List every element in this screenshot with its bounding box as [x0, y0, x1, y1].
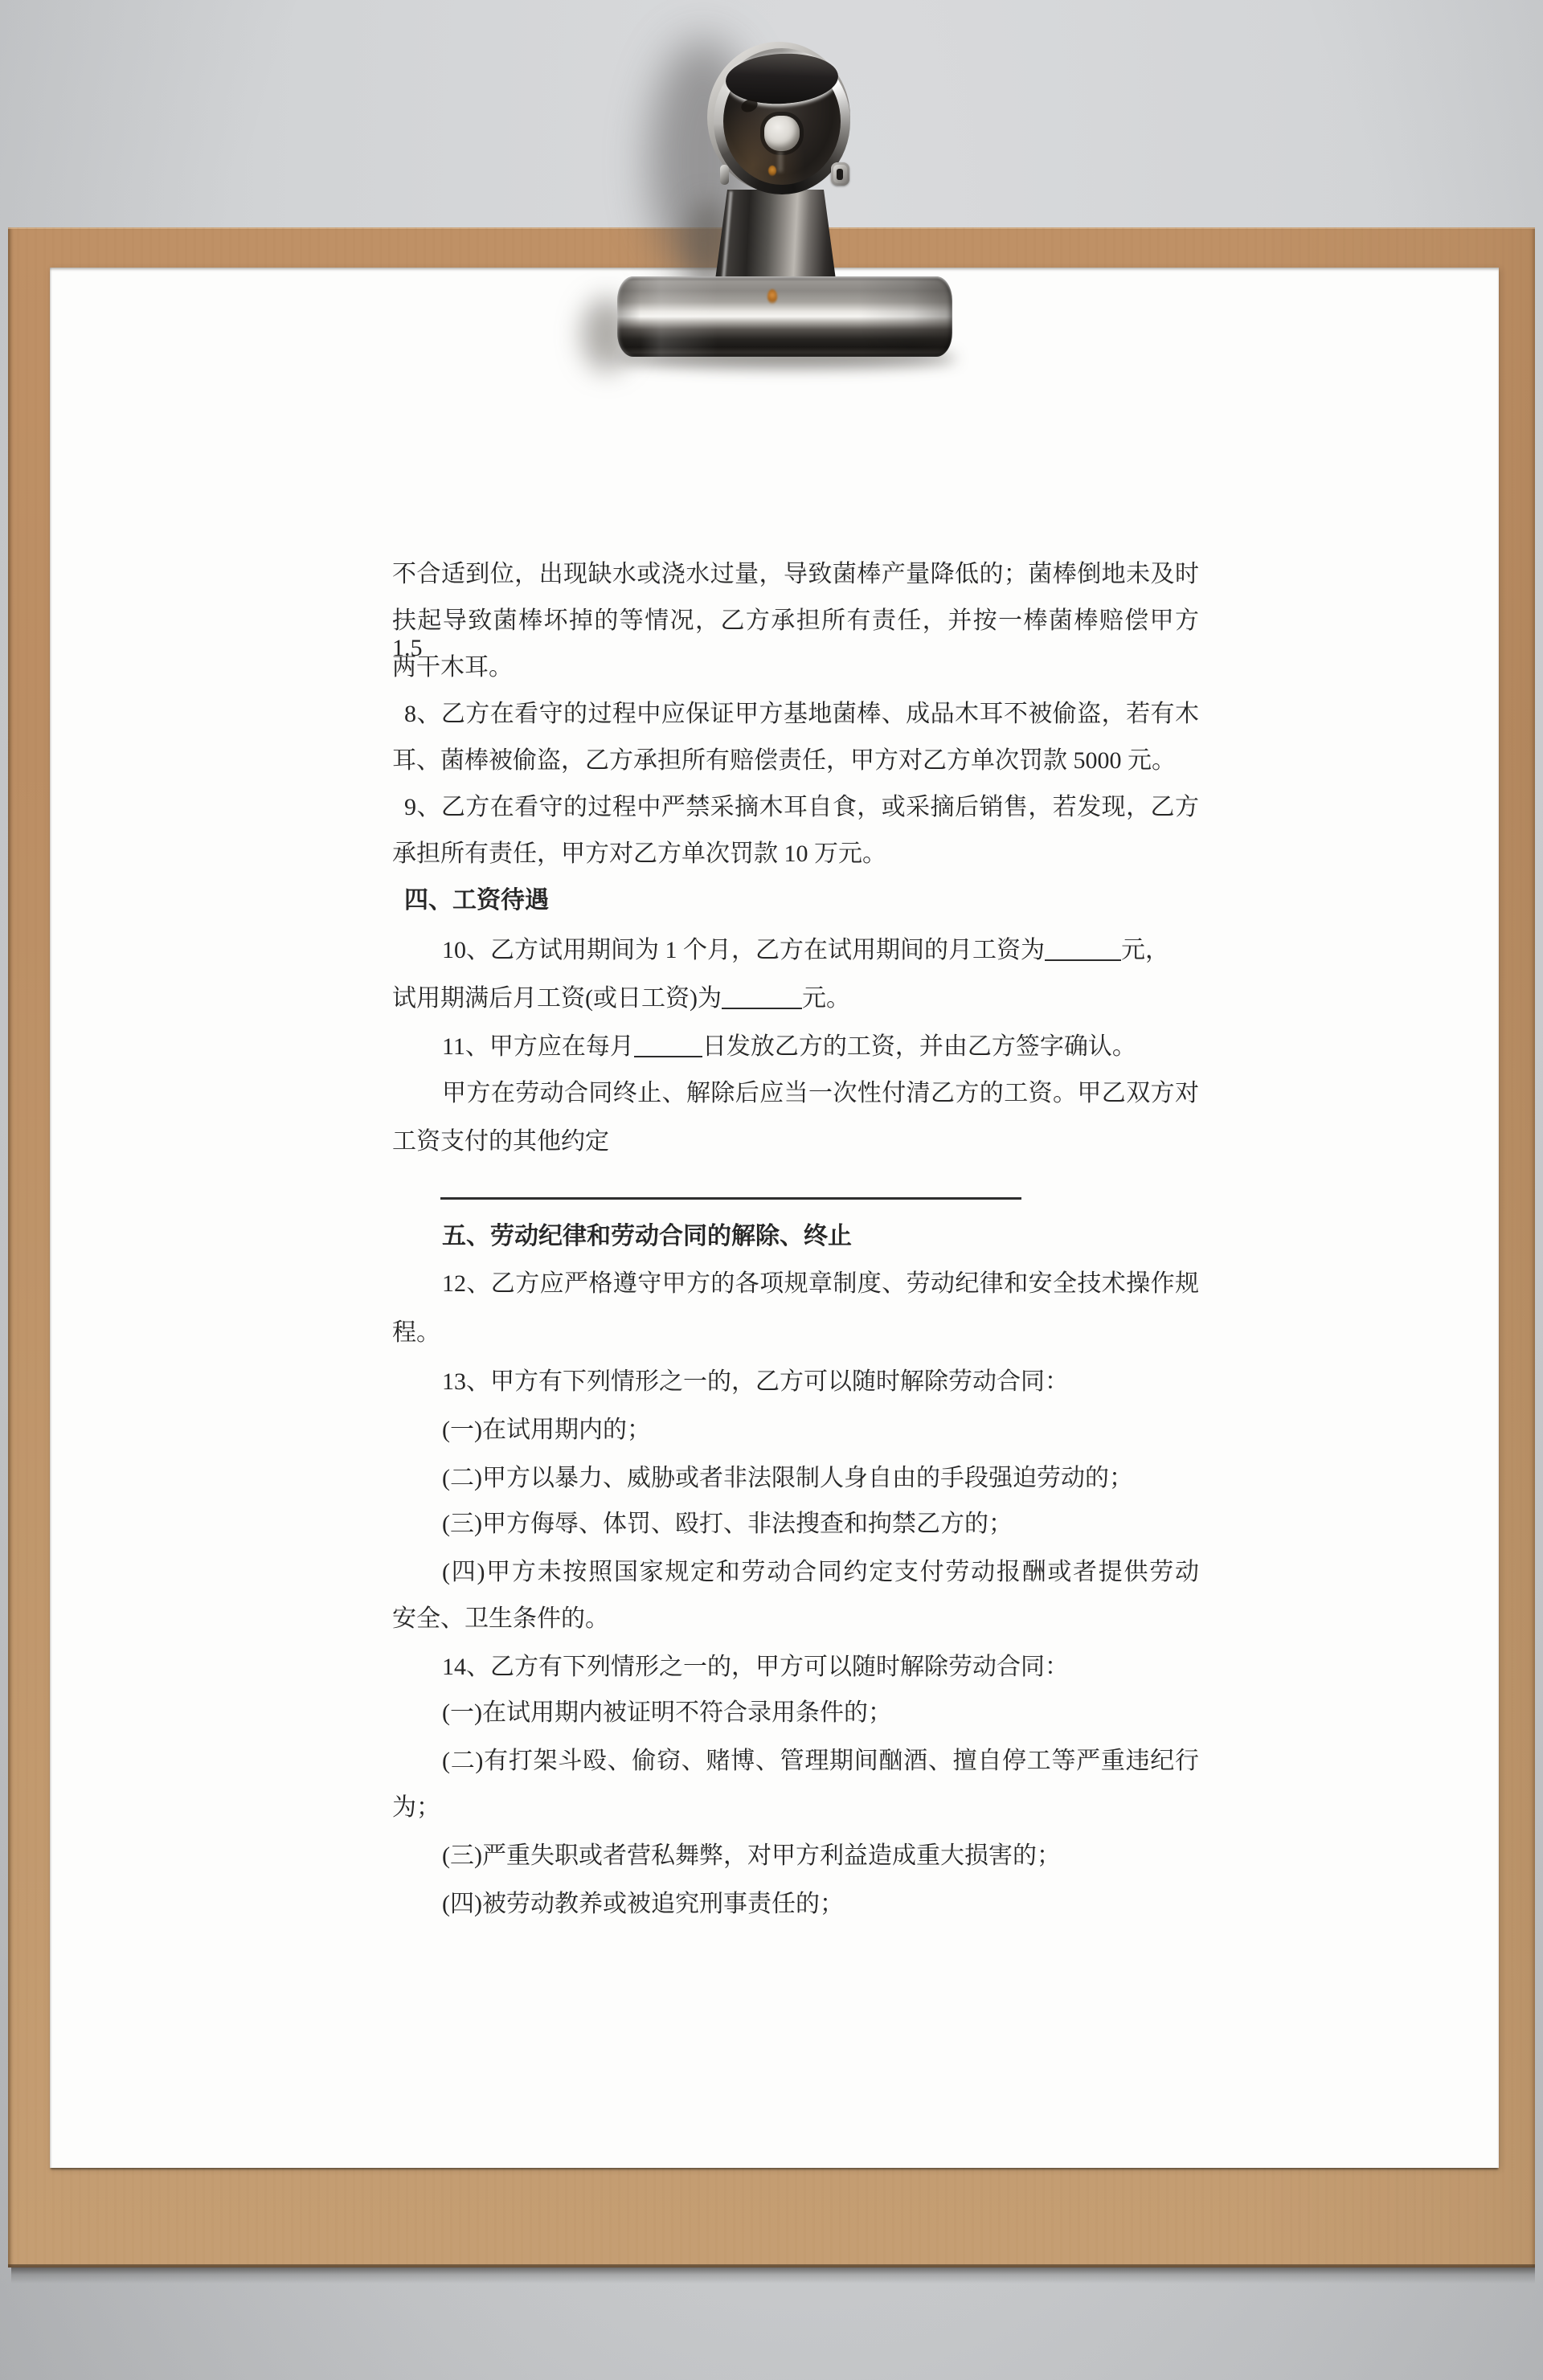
- text-segment: 五、劳动纪律和劳动合同的解除、终止: [442, 1223, 852, 1249]
- text-segment: 甲方在劳动合同终止、解除后应当一次性付清乙方的工资。甲乙双方对: [442, 1080, 1199, 1106]
- text-line: 试用期满后月工资(或日工资)为元。: [392, 983, 850, 1012]
- text-segment: 元，: [1121, 937, 1169, 963]
- text-segment: 试用期满后月工资(或日工资)为: [392, 985, 722, 1012]
- text-line: 四、工资待遇: [404, 887, 549, 914]
- text-segment: 不合适到位，出现缺水或浇水过量，导致菌棒产量降低的；菌棒倒地未及时: [392, 561, 1199, 587]
- text-line: 甲方在劳动合同终止、解除后应当一次性付清乙方的工资。甲乙双方对: [442, 1080, 1199, 1107]
- text-segment: (四)被劳动教养或被追究刑事责任的；: [442, 1891, 844, 1917]
- blank-fill-in-rule: [440, 1197, 1021, 1200]
- clip-jaw-reflection: [767, 289, 777, 304]
- text-segment: 承担所有责任，甲方对乙方单次罚款 10 万元。: [392, 840, 886, 867]
- text-segment: 工资支付的其他约定: [392, 1128, 609, 1155]
- text-segment: 两干木耳。: [392, 654, 513, 681]
- clip-lever-tab-right-hole: [837, 169, 843, 180]
- blank-fill-in-field: [722, 983, 802, 1009]
- text-line: 13、甲方有下列情形之一的，乙方可以随时解除劳动合同：: [442, 1368, 1069, 1396]
- text-segment: 耳、菌棒被偷盗，乙方承担所有赔偿责任，甲方对乙方单次罚款 5000 元。: [392, 747, 1176, 774]
- photo-stage: 不合适到位，出现缺水或浇水过量，导致菌棒产量降低的；菌棒倒地未及时扶起导致菌棒坏…: [0, 0, 1543, 2380]
- text-segment: 程。: [392, 1319, 440, 1346]
- text-line: 五、劳动纪律和劳动合同的解除、终止: [442, 1223, 852, 1250]
- blank-fill-in-field: [634, 1032, 702, 1057]
- clip-disc-streak: [778, 151, 783, 172]
- text-segment: 扶起导致菌棒坏掉的等情况，乙方承担所有责任，并按一棒菌棒赔偿甲方 1.5: [392, 607, 1199, 661]
- text-line: 工资支付的其他约定: [392, 1128, 609, 1155]
- text-line: (四)被劳动教养或被追究刑事责任的；: [442, 1891, 844, 1918]
- text-line: 为；: [392, 1794, 440, 1822]
- text-line: 10、乙方试用期间为 1 个月，乙方在试用期间的月工资为元，: [442, 935, 1169, 964]
- text-segment: 9、乙方在看守的过程中严禁采摘木耳自食，或采摘后销售，若发现，乙方: [404, 794, 1199, 820]
- text-line: 8、乙方在看守的过程中应保证甲方基地菌棒、成品木耳不被偷盗，若有木: [404, 701, 1199, 728]
- text-line: (一)在试用期内被证明不符合录用条件的；: [442, 1699, 892, 1727]
- clip-disc-warm-glint: [768, 166, 776, 176]
- text-segment: 元。: [802, 985, 850, 1012]
- text-segment: 四、工资待遇: [404, 887, 549, 914]
- clip-center-hole: [764, 116, 800, 151]
- text-segment: (二)甲方以暴力、威胁或者非法限制人身自由的手段强迫劳动的；: [442, 1465, 1133, 1491]
- text-line: 承担所有责任，甲方对乙方单次罚款 10 万元。: [392, 840, 886, 868]
- text-segment: 10、乙方试用期间为 1 个月，乙方在试用期间的月工资为: [442, 937, 1045, 963]
- text-segment: (三)严重失职或者营私舞弊，对甲方利益造成重大损害的；: [442, 1842, 1061, 1869]
- text-line: 扶起导致菌棒坏掉的等情况，乙方承担所有责任，并按一棒菌棒赔偿甲方 1.5: [392, 607, 1199, 662]
- clip-jaw: [617, 276, 952, 357]
- clip-lever-tab-left: [720, 165, 729, 185]
- text-segment: 日发放乙方的工资，并由乙方签字确认。: [702, 1033, 1136, 1060]
- text-line: 11、甲方应在每月日发放乙方的工资，并由乙方签字确认。: [442, 1032, 1136, 1061]
- text-line: 耳、菌棒被偷盗，乙方承担所有赔偿责任，甲方对乙方单次罚款 5000 元。: [392, 747, 1176, 775]
- text-segment: 12、乙方应严格遵守甲方的各项规章制度、劳动纪律和安全技术操作规: [442, 1270, 1199, 1297]
- text-line: 安全、卫生条件的。: [392, 1605, 609, 1633]
- blank-fill-in-field: [1045, 935, 1121, 961]
- text-segment: 安全、卫生条件的。: [392, 1605, 609, 1632]
- text-line: (二)甲方以暴力、威胁或者非法限制人身自由的手段强迫劳动的；: [442, 1465, 1133, 1492]
- text-line: 12、乙方应严格遵守甲方的各项规章制度、劳动纪律和安全技术操作规: [442, 1270, 1199, 1298]
- text-line: 9、乙方在看守的过程中严禁采摘木耳自食，或采摘后销售，若发现，乙方: [404, 794, 1199, 821]
- text-line: 两干木耳。: [392, 654, 513, 681]
- text-segment: 14、乙方有下列情形之一的，甲方可以随时解除劳动合同：: [442, 1654, 1069, 1680]
- text-segment: (一)在试用期内被证明不符合录用条件的；: [442, 1699, 892, 1726]
- clip-neck: [715, 190, 836, 280]
- text-line: 14、乙方有下列情形之一的，甲方可以随时解除劳动合同：: [442, 1654, 1069, 1681]
- text-segment: 8、乙方在看守的过程中应保证甲方基地菌棒、成品木耳不被偷盗，若有木: [404, 701, 1199, 727]
- text-line: (二)有打架斗殴、偷窃、赌博、管理期间酗酒、擅自停工等严重违纪行: [442, 1748, 1199, 1775]
- text-line: 不合适到位，出现缺水或浇水过量，导致菌棒产量降低的；菌棒倒地未及时: [392, 561, 1199, 588]
- text-segment: (一)在试用期内的；: [442, 1417, 651, 1443]
- text-segment: (三)甲方侮辱、体罚、殴打、非法搜查和拘禁乙方的；: [442, 1511, 1013, 1537]
- text-segment: (四)甲方未按照国家规定和劳动合同约定支付劳动报酬或者提供劳动: [442, 1559, 1199, 1585]
- text-segment: 11、甲方应在每月: [442, 1033, 634, 1060]
- text-line: 程。: [392, 1319, 440, 1347]
- text-line: (三)严重失职或者营私舞弊，对甲方利益造成重大损害的；: [442, 1842, 1061, 1870]
- text-line: (一)在试用期内的；: [442, 1417, 651, 1444]
- text-segment: (二)有打架斗殴、偷窃、赌博、管理期间酗酒、擅自停工等严重违纪行: [442, 1748, 1199, 1774]
- clip-spring-disc: [714, 48, 850, 194]
- text-segment: 为；: [392, 1794, 440, 1821]
- text-line: (四)甲方未按照国家规定和劳动合同约定支付劳动报酬或者提供劳动: [442, 1559, 1199, 1586]
- text-line: (三)甲方侮辱、体罚、殴打、非法搜查和拘禁乙方的；: [442, 1511, 1013, 1538]
- text-segment: 13、甲方有下列情形之一的，乙方可以随时解除劳动合同：: [442, 1368, 1069, 1395]
